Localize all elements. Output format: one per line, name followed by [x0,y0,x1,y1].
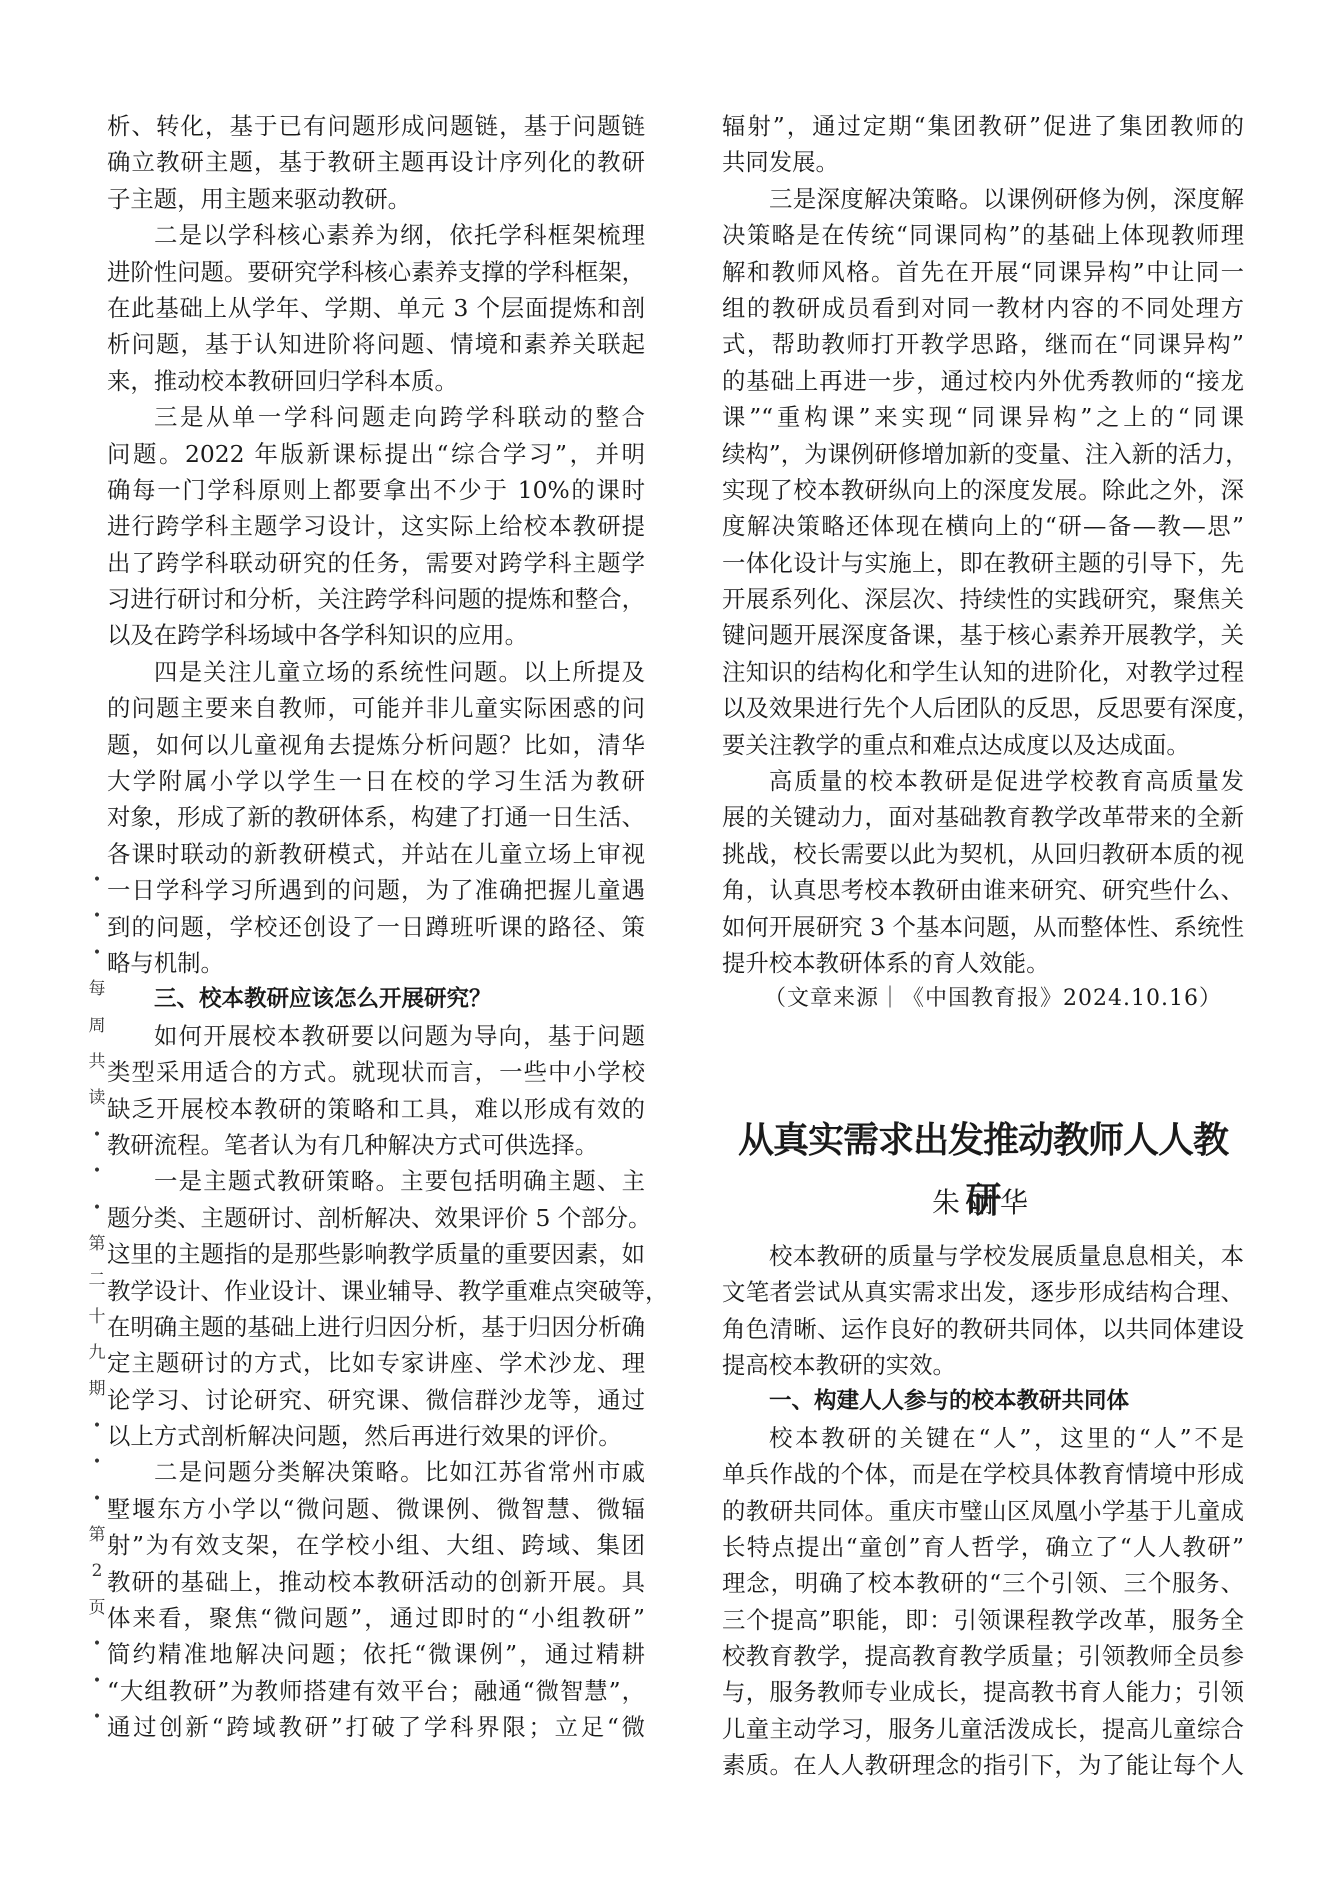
text-line: 素质。在人人教研理念的指引下，为了能让每个人 [722,1747,1244,1783]
text-line: 的基础上再进一步，通过校内外优秀教师的“接龙 [722,363,1244,399]
text-line: 续构”，为课例研修增加新的变量、注入新的活力， [722,436,1244,472]
text-line: 确立教研主题，基于教研主题再设计序列化的教研 [107,144,645,180]
text-line: 析问题，基于认知进阶将问题、情境和素养关联起 [107,326,645,362]
section-heading: 一、构建人人参与的校本教研共同体 [722,1383,1244,1419]
text-line: 教学设计、作业设计、课业辅导、教学重难点突破等， [107,1273,645,1309]
text-line: 三是深度解决策略。以课例研修为例，深度解 [722,181,1244,217]
text-line: 高质量的校本教研是促进学校教育高质量发 [722,763,1244,799]
text-line: 辐射”，通过定期“集团教研”促进了集团教师的 [722,108,1244,144]
text-line: 缺乏开展校本教研的策略和工具，难以形成有效的 [107,1091,645,1127]
section-heading: 三、校本教研应该怎么开展研究？ [107,981,645,1017]
text-line: 通过创新“跨域教研”打破了学科界限；立足“微 [107,1709,645,1745]
text-line: 如何开展研究 3 个基本问题，从而整体性、系统性 [722,909,1244,945]
text-line: “大组教研”为教师搭建有效平台；融通“微智慧”， [107,1673,645,1709]
text-line: 与，服务教师专业成长，提高教书育人能力；引领 [722,1674,1244,1710]
text-line: 度解决策略还体现在横向上的“研—备—教—思” [722,508,1244,544]
text-line: 的教研共同体。重庆市璧山区凤凰小学基于儿童成 [722,1493,1244,1529]
article2-author: 朱丽华 [722,1177,1244,1229]
text-line: 要关注教学的重点和难点达成度以及达成面。 [722,727,1244,763]
text-line: 实现了校本教研纵向上的深度发展。除此之外，深 [722,472,1244,508]
text-line: 进阶性问题。要研究学科核心素养支撑的学科框架， [107,254,645,290]
text-line: 在明确主题的基础上进行归因分析，基于归因分析确 [107,1309,645,1345]
text-line: 教研流程。笔者认为有几种解决方式可供选择。 [107,1127,645,1163]
text-line: 大学附属小学以学生一日在校的学习生活为教研 [107,763,645,799]
text-line: 长特点提出“童创”育人哲学，确立了“人人教研” [722,1529,1244,1565]
text-line: 各课时联动的新教研模式，并站在儿童立场上审视 [107,836,645,872]
text-line: 题，如何以儿童视角去提炼分析问题？比如，清华 [107,727,645,763]
text-line: 提高校本教研的实效。 [722,1347,1244,1383]
text-line: 儿童主动学习，服务儿童活泼成长，提高儿童综合 [722,1711,1244,1747]
text-line: 确每一门学科原则上都要拿出不少于 10%的课时 [107,472,645,508]
text-line: 略与机制。 [107,945,645,981]
text-line: 四是关注儿童立场的系统性问题。以上所提及 [107,654,645,690]
text-line: 解和教师风格。首先在开展“同课异构”中让同一 [722,254,1244,290]
article1-continuation: 辐射”，通过定期“集团教研”促进了集团教师的共同发展。三是深度解决策略。以课例研… [722,108,1244,981]
text-line: 校教育教学，提高教育教学质量；引领教师全员参 [722,1638,1244,1674]
text-line: 开展系列化、深层次、持续性的实践研究，聚焦关 [722,581,1244,617]
text-line: 式，帮助教师打开教学思路，继而在“同课异构” [722,326,1244,362]
text-line: 三是从单一学科问题走向跨学科联动的整合 [107,399,645,435]
article2-title: 从真实需求出发推动教师人人教研 [722,1111,1244,1171]
text-line: 简约精准地解决问题；依托“微课例”，通过精耕 [107,1636,645,1672]
text-line: 进行跨学科主题学习设计，这实际上给校本教研提 [107,508,645,544]
text-line: 三个提高”职能，即：引领课程教学改革，服务全 [722,1602,1244,1638]
text-line: 定主题研讨的方式，比如专家讲座、学术沙龙、理 [107,1345,645,1381]
left-column: 析、转化，基于已有问题形成问题链，基于问题链确立教研主题，基于教研主题再设计序列… [107,108,645,1746]
text-line: 一日学科学习所遇到的问题，为了准确把握儿童遇 [107,872,645,908]
text-line: 出了跨学科联动研究的任务，需要对跨学科主题学 [107,545,645,581]
text-line: 一体化设计与实施上，即在教研主题的引导下，先 [722,545,1244,581]
text-line: 如何开展校本教研要以问题为导向，基于问题 [107,1018,645,1054]
text-line: 理念，明确了校本教研的“三个引领、三个服务、 [722,1565,1244,1601]
text-line: 课”“重构课”来实现“同课异构”之上的“同课 [722,399,1244,435]
text-line: 二是问题分类解决策略。比如江苏省常州市戚 [107,1454,645,1490]
text-line: 到的问题，学校还创设了一日蹲班听课的路径、策 [107,909,645,945]
text-line: 习进行研讨和分析，关注跨学科问题的提炼和整合， [107,581,645,617]
text-line: 以及在跨学科场域中各学科知识的应用。 [107,617,645,653]
text-line: 射”为有效支架，在学校小组、大组、跨域、集团 [107,1527,645,1563]
text-line: 提升校本教研体系的育人效能。 [722,945,1244,981]
text-line: 角，认真思考校本教研由谁来研究、研究些什么、 [722,872,1244,908]
text-line: 论学习、讨论研究、研究课、微信群沙龙等，通过 [107,1382,645,1418]
text-line: 以及效果进行先个人后团队的反思，反思要有深度， [722,690,1244,726]
text-line: 二是以学科核心素养为纲，依托学科框架梳理 [107,217,645,253]
text-line: 单兵作战的个体，而是在学校具体教育情境中形成 [722,1456,1244,1492]
text-line: 注知识的结构化和学生认知的进阶化，对教学过程 [722,654,1244,690]
text-line: 校本教研的关键在“人”，这里的“人”不是 [722,1420,1244,1456]
right-column: 辐射”，通过定期“集团教研”促进了集团教师的共同发展。三是深度解决策略。以课例研… [722,108,1244,1784]
text-line: 挑战，校长需要以此为契机，从回归教研本质的视 [722,836,1244,872]
text-line: 文笔者尝试从真实需求出发，逐步形成结构合理、 [722,1274,1244,1310]
text-line: 来，推动校本教研回归学科本质。 [107,363,645,399]
text-line: 键问题开展深度备课，基于核心素养开展教学，关 [722,617,1244,653]
text-line: 以上方式剖析解决问题，然后再进行效果的评价。 [107,1418,645,1454]
text-line: 一是主题式教研策略。主要包括明确主题、主 [107,1163,645,1199]
text-line: 析、转化，基于已有问题形成问题链，基于问题链 [107,108,645,144]
text-line: 决策略是在传统“同课同构”的基础上体现教师理 [722,217,1244,253]
text-line: 这里的主题指的是那些影响教学质量的重要因素，如 [107,1236,645,1272]
text-line: 角色清晰、运作良好的教研共同体，以共同体建设 [722,1311,1244,1347]
text-line: 教研的基础上，推动校本教研活动的创新开展。具 [107,1564,645,1600]
text-line: 展的关键动力，面对基础教育教学改革带来的全新 [722,799,1244,835]
article-source: （文章来源｜《中国教育报》2024.10.16） [722,981,1244,1017]
text-line: 对象，形成了新的教研体系，构建了打通一日生活、 [107,799,645,835]
text-line: 类型采用适合的方式。就现状而言，一些中小学校 [107,1054,645,1090]
text-line: 问题。2022 年版新课标提出“综合学习”，并明 [107,436,645,472]
text-line: 共同发展。 [722,144,1244,180]
article2-body: 校本教研的质量与学校发展质量息息相关，本文笔者尝试从真实需求出发，逐步形成结构合… [722,1238,1244,1784]
text-line: 墅堰东方小学以“微问题、微课例、微智慧、微辐 [107,1491,645,1527]
text-line: 子主题，用主题来驱动教研。 [107,181,645,217]
text-line: 组的教研成员看到对同一教材内容的不同处理方 [722,290,1244,326]
text-line: 在此基础上从学年、学期、单元 3 个层面提炼和剖 [107,290,645,326]
text-line: 校本教研的质量与学校发展质量息息相关，本 [722,1238,1244,1274]
text-line: 的问题主要来自教师，可能并非儿童实际困惑的问 [107,690,645,726]
text-line: 体来看，聚焦“微问题”，通过即时的“小组教研” [107,1600,645,1636]
text-line: 题分类、主题研讨、剖析解决、效果评价 5 个部分。 [107,1200,645,1236]
